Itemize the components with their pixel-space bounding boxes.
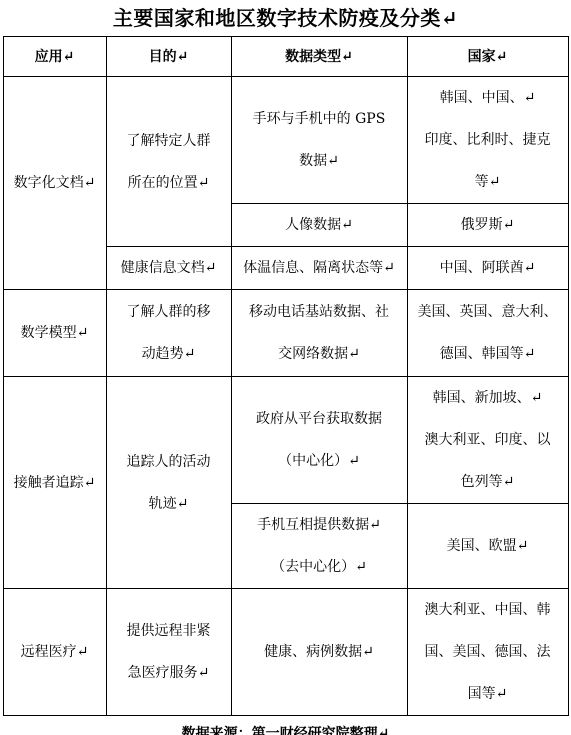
cell-country-portrait: 俄罗斯↵ — [407, 204, 568, 247]
column-header-data-type: 数据类型↵ — [231, 37, 407, 77]
cell-purpose-track-trajectory: 追踪人的活动 轨迹↵ — [106, 377, 231, 589]
cell-data-centralized: 政府从平台获取数据 （中心化）↵ — [231, 377, 407, 504]
cell-data-portrait: 人像数据↵ — [231, 204, 407, 247]
cell-data-base-station: 移动电话基站数据、社 交网络数据↵ — [231, 290, 407, 377]
column-header-application: 应用↵ — [3, 37, 106, 77]
cell-application-digitized-documents: 数字化文档↵ — [3, 77, 106, 290]
cell-purpose-movement-trend: 了解人群的移 动趋势↵ — [106, 290, 231, 377]
cell-data-health-case: 健康、病例数据↵ — [231, 589, 407, 716]
cell-purpose-health-info-doc: 健康信息文档↵ — [106, 247, 231, 290]
cell-data-gps: 手环与手机中的 GPS 数据↵ — [231, 77, 407, 204]
header-row: 应用↵ 目的↵ 数据类型↵ 国家↵ — [3, 37, 568, 77]
table-row: 数学模型↵ 了解人群的移 动趋势↵ 移动电话基站数据、社 交网络数据↵ 美国、英… — [3, 290, 568, 377]
cell-country-centralized: 韩国、新加坡、↵ 澳大利亚、印度、以 色列等↵ — [407, 377, 568, 504]
cell-country-telemedicine: 澳大利亚、中国、韩 国、美国、德国、法 国等↵ — [407, 589, 568, 716]
cell-application-math-model: 数学模型↵ — [3, 290, 106, 377]
table-title: 主要国家和地区数字技术防疫及分类↵ — [0, 5, 571, 31]
cell-purpose-remote-nonurgent-care: 提供远程非紧 急医疗服务↵ — [106, 589, 231, 716]
column-header-purpose: 目的↵ — [106, 37, 231, 77]
table-row: 接触者追踪↵ 追踪人的活动 轨迹↵ 政府从平台获取数据 （中心化）↵ 韩国、新加… — [3, 377, 568, 504]
cell-country-decentralized: 美国、欧盟↵ — [407, 504, 568, 589]
cell-application-telemedicine: 远程医疗↵ — [3, 589, 106, 716]
data-table: 应用↵ 目的↵ 数据类型↵ 国家↵ 数字化文档↵ 了解特定人群 所在的位置↵ 手… — [3, 36, 569, 716]
cell-country-base-station: 美国、英国、意大利、 德国、韩国等↵ — [407, 290, 568, 377]
source-note: 数据来源：第一财经研究院整理↵ — [0, 725, 571, 735]
cell-country-gps: 韩国、中国、↵ 印度、比利时、捷克 等↵ — [407, 77, 568, 204]
table-row: 数字化文档↵ 了解特定人群 所在的位置↵ 手环与手机中的 GPS 数据↵ 韩国、… — [3, 77, 568, 204]
cell-data-temperature: 体温信息、隔离状态等↵ — [231, 247, 407, 290]
table-row: 远程医疗↵ 提供远程非紧 急医疗服务↵ 健康、病例数据↵ 澳大利亚、中国、韩 国… — [3, 589, 568, 716]
cell-country-temperature: 中国、阿联酋↵ — [407, 247, 568, 290]
document-page: 主要国家和地区数字技术防疫及分类↵ 应用↵ 目的↵ 数据类型↵ 国家↵ 数字化文… — [0, 0, 571, 735]
cell-application-contact-tracing: 接触者追踪↵ — [3, 377, 106, 589]
cell-purpose-locate-specific-groups: 了解特定人群 所在的位置↵ — [106, 77, 231, 247]
column-header-country: 国家↵ — [407, 37, 568, 77]
cell-data-decentralized: 手机互相提供数据↵ （去中心化）↵ — [231, 504, 407, 589]
